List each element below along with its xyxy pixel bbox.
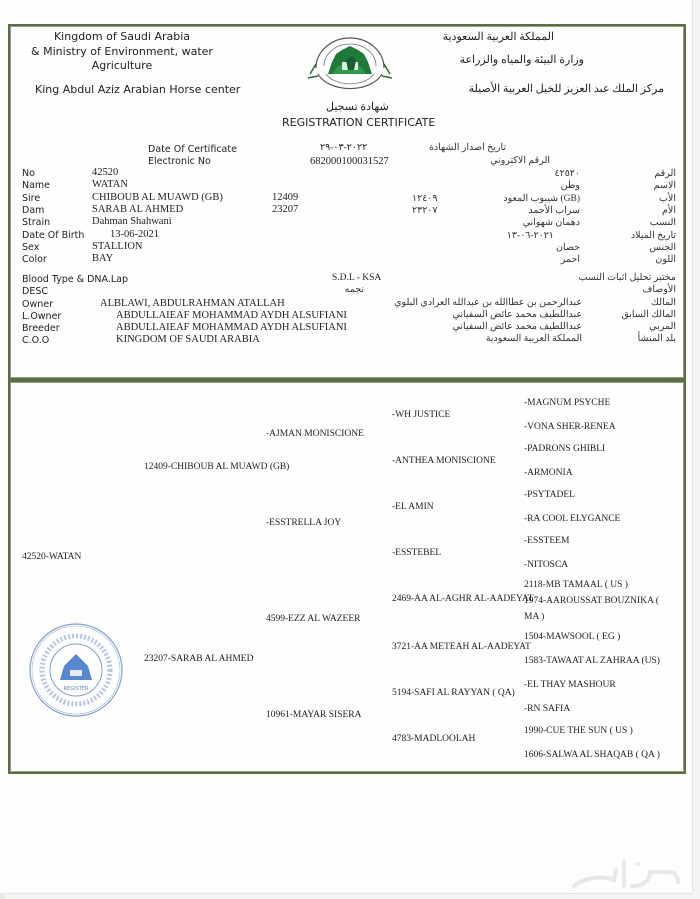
field-value-ar: ٤٢٥٢٠ xyxy=(554,168,580,179)
field-value: 42520 xyxy=(92,167,118,178)
certificate-page: Kingdom of Saudi Arabia & Ministry of En… xyxy=(0,0,693,894)
field-label: Sex xyxy=(22,242,39,253)
pedigree-gen2-ancestor: 4599-EZZ AL WAZEER xyxy=(266,614,360,624)
pedigree-panel: 42520-WATAN12409-CHIBOUB AL MUAWD (GB)23… xyxy=(8,380,686,774)
pedigree-gen3-ancestor: -ANTHEA MONISCIONE xyxy=(392,456,496,466)
pedigree-gen4-ancestor: -RN SAFIA xyxy=(524,704,570,714)
pedigree-gen3-ancestor: 2469-AA AL-AGHR AL-AADEYAT xyxy=(392,594,533,604)
header-en-line3: Agriculture xyxy=(12,59,232,74)
field-value: STALLION xyxy=(92,241,143,252)
field-label-ar: النسب xyxy=(650,217,676,228)
field-label-ar: الأم xyxy=(662,205,676,216)
field-number-ar: ١٢٤٠٩ xyxy=(412,193,438,204)
certificate-details-panel: Kingdom of Saudi Arabia & Ministry of En… xyxy=(8,24,686,380)
header-en-line1: Kingdom of Saudi Arabia xyxy=(12,30,232,45)
pedigree-gen4-ancestor: 1990-CUE THE SUN ( US ) xyxy=(524,726,633,736)
field-value-ar: دهمان شهواني xyxy=(523,217,580,228)
field-label: Sire xyxy=(22,193,40,204)
field-value: CHIBOUB AL MUAWD (GB) xyxy=(92,192,223,203)
haraj-watermark-icon xyxy=(566,852,686,892)
pedigree-gen2-ancestor: -AJMAN MONISCIONE xyxy=(266,429,364,439)
header-en-line4: King Abdul Aziz Arabian Horse center xyxy=(35,83,240,98)
field-value-ar: ٢٠٢١-٠٦-١٣ xyxy=(507,230,554,241)
registry-stamp-icon: REGISTER xyxy=(26,620,126,720)
field-number: 12409 xyxy=(272,192,298,203)
last-owner-label-ar: المالك السابق xyxy=(621,309,676,320)
ministry-emblem-icon xyxy=(302,30,398,96)
header-ar-line3: مركز الملك عبد العزيز للخيل العربية الأص… xyxy=(469,82,664,95)
pedigree-gen3-ancestor: 5194-SAFI AL RAYYAN ( QA) xyxy=(392,688,515,698)
pedigree-gen4-ancestor: -MAGNUM PSYCHE xyxy=(524,398,610,408)
pedigree-gen4-ancestor: -PADRONS GHIBLI xyxy=(524,444,605,454)
pedigree-gen4-ancestor: -EL THAY MASHOUR xyxy=(524,680,616,690)
field-value-ar: (GB) شيبوب المعود xyxy=(503,193,580,204)
date-of-certificate-label: Date Of Certificate xyxy=(148,144,237,155)
pedigree-gen4-ancestor: -RA COOL ELYGANCE xyxy=(524,514,620,524)
header-en-line2: & Ministry of Environment, water xyxy=(12,45,232,60)
field-number-ar: ٢٣٢٠٧ xyxy=(412,205,438,216)
header-ar-line1: المملكة العربية السعودية xyxy=(443,30,554,43)
pedigree-gen3-ancestor: -WH JUSTICE xyxy=(392,410,450,420)
field-value-ar: احمر xyxy=(561,254,580,265)
coo-label-ar: بلد المنشأ xyxy=(638,333,676,344)
field-label: No xyxy=(22,168,35,179)
field-value: WATAN xyxy=(92,179,128,190)
field-label-ar: الجنس xyxy=(649,242,676,253)
field-value-ar: وطن xyxy=(561,180,580,191)
blood-type-label-ar: مختبر تحليل اثبات النسب xyxy=(579,272,677,283)
field-label-ar: الاسم xyxy=(654,180,676,191)
electronic-no-value: 682000100031527 xyxy=(310,156,389,167)
pedigree-gen4-ancestor: 1974-AAROUSSAT BOUZNIKA ( xyxy=(524,596,659,606)
pedigree-gen4-ancestor: -ARMONIA xyxy=(524,468,573,478)
pedigree-gen4-ancestor: -ESSTEEM xyxy=(524,536,569,546)
pedigree-dam: 23207-SARAB AL AHMED xyxy=(144,654,253,664)
pedigree-gen3-ancestor: -ESSTEBEL xyxy=(392,548,441,558)
date-of-certificate-value: ٢٠٢٢-٠٣-٢٩ xyxy=(320,142,367,153)
owner-value: ALBLAWI, ABDULRAHMAN ATALLAH xyxy=(100,298,285,309)
certificate-title-ar: شهادة تسجيل xyxy=(326,100,389,113)
svg-text:REGISTER: REGISTER xyxy=(64,686,89,692)
electronic-no-label: Electronic No xyxy=(148,156,211,167)
field-label-ar: الأب xyxy=(659,193,676,204)
pedigree-gen4-ancestor: MA ) xyxy=(524,612,544,622)
coo-label: C.O.O xyxy=(22,335,49,346)
field-value: BAY xyxy=(92,253,113,264)
field-label-ar: الرقم xyxy=(654,168,676,179)
blood-type-label: Blood Type & DNA.Lap xyxy=(22,274,128,285)
field-value-ar: حصان xyxy=(556,242,580,253)
breeder-label-ar: المربي xyxy=(649,321,676,332)
owner-value-ar: عبدالرحمن بن عطاالله بن عبدالله العرادي … xyxy=(394,297,582,308)
breeder-value: ABDULLAIEAF MOHAMMAD AYDH ALSUFIANI xyxy=(116,322,347,333)
pedigree-gen2-ancestor: -ESSTRELLA JOY xyxy=(266,518,341,528)
pedigree-horse: 42520-WATAN xyxy=(22,552,81,562)
pedigree-gen4-ancestor: -NITOSCA xyxy=(524,560,568,570)
header-ar-line2: وزارة البيئة والمياه والزراعة xyxy=(460,53,584,66)
breeder-label: Breeder xyxy=(22,323,60,334)
field-value: SARAB AL AHMED xyxy=(92,204,183,215)
header-english: Kingdom of Saudi Arabia & Ministry of En… xyxy=(12,30,232,74)
field-value: 13-06-2021 xyxy=(110,229,159,240)
pedigree-gen3-ancestor: 3721-AA METEAH AL-AADEYAT xyxy=(392,642,531,652)
breeder-value-ar: عبداللطيف محمد عائض السفياني xyxy=(452,321,582,332)
owner-label-ar: المالك xyxy=(651,297,676,308)
pedigree-gen4-ancestor: 2118-MB TAMAAL ( US ) xyxy=(524,580,628,590)
pedigree-gen4-ancestor: 1606-SALWA AL SHAQAB ( QA ) xyxy=(524,750,660,760)
pedigree-sire: 12409-CHIBOUB AL MUAWD (GB) xyxy=(144,462,289,472)
last-owner-value-ar: عبداللطيف محمد عائض السفياني xyxy=(452,309,582,320)
field-value: Dahman Shahwani xyxy=(92,216,172,227)
field-label-ar: تاريخ الميلاد xyxy=(631,230,676,241)
certificate-title-en: REGISTRATION CERTIFICATE xyxy=(282,116,435,129)
pedigree-gen4-ancestor: 1504-MAWSOOL ( EG ) xyxy=(524,632,620,642)
field-label: Date Of Birth xyxy=(22,230,84,241)
pedigree-gen2-ancestor: 10961-MAYAR SISERA xyxy=(266,710,361,720)
desc-value-ar: نجمه xyxy=(345,284,364,295)
field-value-ar: سراب الأحمد xyxy=(528,205,580,216)
last-owner-label: L.Owner xyxy=(22,311,61,322)
field-label: Strain xyxy=(22,217,50,228)
pedigree-gen3-ancestor: 4783-MADLOOLAH xyxy=(392,734,475,744)
pedigree-gen4-ancestor: 1583-TAWAAT AL ZAHRAA (US) xyxy=(524,656,660,666)
pedigree-gen4-ancestor: -VONA SHER-RENEA xyxy=(524,422,616,432)
field-label-ar: اللون xyxy=(655,254,676,265)
blood-type-value: S.D.L - KSA xyxy=(332,273,381,283)
pedigree-gen3-ancestor: -EL AMIN xyxy=(392,502,434,512)
coo-value-ar: المملكة العربية السعودية xyxy=(486,333,582,344)
desc-label-ar: الأوصاف xyxy=(643,284,676,295)
field-number: 23207 xyxy=(272,204,298,215)
coo-value: KINGDOM OF SAUDI ARABIA xyxy=(116,334,260,345)
desc-label: DESC xyxy=(22,286,48,297)
field-label: Name xyxy=(22,180,50,191)
electronic-no-label-ar: الرقم الاكتروني xyxy=(490,155,550,166)
field-label: Dam xyxy=(22,205,44,216)
last-owner-value: ABDULLAIEAF MOHAMMAD AYDH ALSUFIANI xyxy=(116,310,347,321)
field-label: Color xyxy=(22,254,47,265)
owner-label: Owner xyxy=(22,299,53,310)
date-of-certificate-label-ar: تاريخ اصدار الشهادة xyxy=(429,142,506,153)
pedigree-gen4-ancestor: -PSYTADEL xyxy=(524,490,575,500)
